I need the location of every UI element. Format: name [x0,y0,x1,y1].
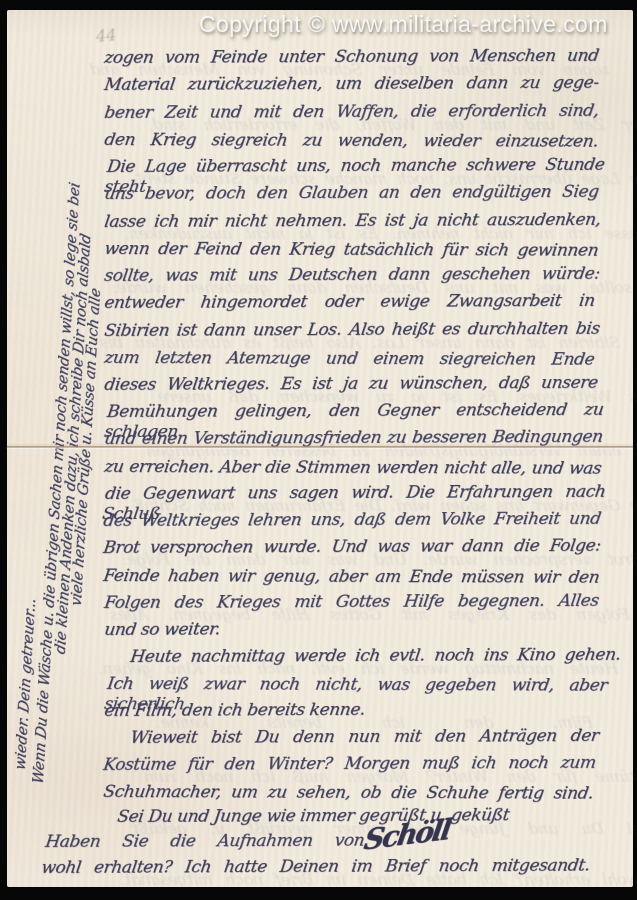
handwriting-line: wohl erhalten? Ich hatte Deinen im Brief… [40,856,591,878]
scanned-letter-page: zogen vom Feinde unter Schonung von Mens… [0,0,637,900]
handwriting-line: sollte, was mit uns Deutschen dann gesch… [103,264,601,286]
handwriting-line: Sibirien ist dann unser Los. Also heißt … [103,319,601,341]
faint-pencil-mark: 44 [95,25,117,46]
handwriting-line: bener Zeit und mit den Waffen, die erfor… [103,101,600,123]
fold-crease [7,446,633,448]
handwriting-line: des Weltkrieges lehren uns, daß dem Volk… [102,509,602,531]
handwriting-line: dieses Weltkrieges. Es ist ja zu wünsche… [103,373,599,395]
handwriting-line: zum letzten Atemzuge und einem siegreich… [103,348,596,370]
handwriting-line: zogen vom Feinde unter Schonung von Mens… [103,46,600,68]
handwriting-line: Brot versprochen wurde. Und was war dann… [102,536,602,558]
watermark-text: Copyright © www.militaria-archive.com [199,11,608,38]
handwriting-line: den Krieg siegreich zu wenden, wieder ei… [103,130,600,152]
handwriting-line: Heute nachmittag werde ich evtl. noch in… [129,645,622,667]
handwriting-line: Feinde haben wir genug, aber am Ende müs… [102,566,601,588]
handwriting-line: Wieweit bist Du denn nun mit den Anträge… [129,726,600,748]
handwriting-line: uns bevor, doch den Glauben an den endgü… [103,182,600,204]
handwriting-line: und so weiter. [103,619,221,640]
handwriting-line: Material zurückzuziehen, um dieselben da… [103,73,600,95]
handwriting-line: lasse ich mir nicht nehmen. Es ist ja ni… [103,210,602,232]
handwriting-line: zu erreichen. Aber die Stimmen werden ni… [103,457,603,479]
handwriting-line: entweder hingemordet oder ewige Zwangsar… [103,291,596,313]
handwriting-line: Schuhmacher, um zu sehen, ob die Schuhe … [102,782,595,804]
handwriting-line: Folgen des Krieges mit Gottes Hilfe bege… [103,591,600,613]
handwriting-line: Kostüme für den Winter? Morgen muß ich n… [102,753,597,775]
handwriting-line: Haben Sie die Aufnahmen von [44,831,366,852]
handwriting-line: wenn der Feind den Krieg tatsächlich für… [103,239,600,261]
handwriting-line: ein Film, den ich bereits kenne. [103,700,366,721]
